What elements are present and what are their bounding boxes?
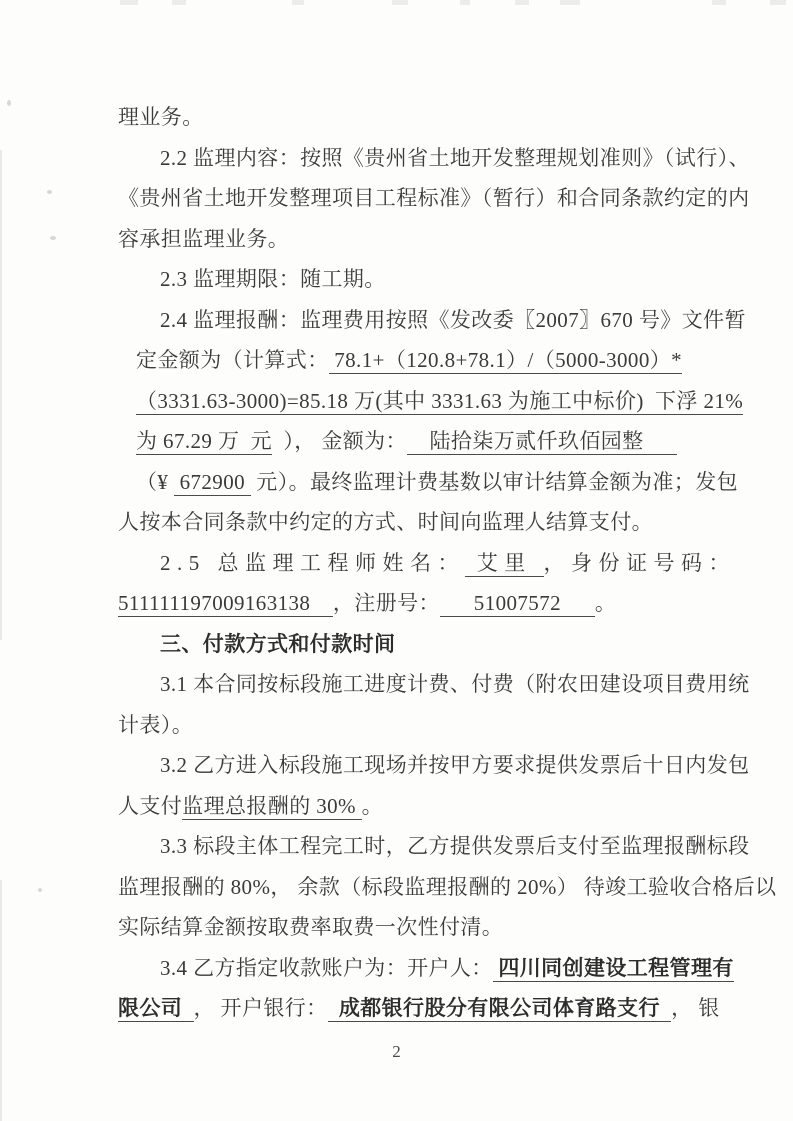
scan-speck	[47, 190, 52, 194]
filled-blank: 监理总报酬的 30%	[182, 794, 361, 820]
page-number: 2	[0, 1042, 793, 1062]
text-line: （¥ 672900 元）。最终监理计费基数以审计结算金额为准；发包	[118, 462, 698, 503]
text-line: 3.2 乙方进入标段施工现场并按甲方要求提供发票后十日内发包	[118, 745, 698, 786]
text-line: 三、付款方式和付款时间	[118, 624, 698, 665]
text-line: 《贵州省土地开发整理项目工程标准》（暂行）和合同条款约定的内	[118, 178, 698, 219]
text-segment: 定金额为（计算式：	[136, 348, 329, 372]
filled-blank: 51007572	[440, 591, 595, 617]
scan-artifact	[515, 0, 529, 5]
text-segment: 3.4 乙方指定收款账户为：开户人：	[160, 956, 493, 980]
text-segment: 监理报酬的 80%， 余款（标段监理报酬的 20%） 待竣工验收合格后以	[118, 875, 776, 899]
scan-artifact	[560, 0, 580, 5]
text-segment: 3.1 本合同按标段施工进度计费、付费（附农田建设项目费用统	[160, 672, 750, 696]
filled-blank: （3331.63-3000)=85.18 万(其中 3331.63 为施工中标价…	[136, 389, 743, 415]
scan-artifact	[120, 0, 138, 5]
scan-artifact	[172, 0, 186, 5]
text-line: 3.3 标段主体工程完工时，乙方提供发票后支付至监理报酬标段	[118, 826, 698, 867]
text-segment: ， 开户银行：	[194, 996, 328, 1020]
text-line: 定金额为（计算式： 78.1+（120.8+78.1）/（5000-3000）*	[118, 340, 698, 381]
text-segment: 《贵州省土地开发整理项目工程标准》（暂行）和合同条款约定的内	[118, 186, 750, 210]
text-segment: 2.2 监理内容：按照《贵州省土地开发整理规划准则》（试行）、	[160, 146, 750, 170]
text-line: 511111197009163138 ，注册号： 51007572 。	[118, 583, 698, 624]
text-segment: 计表）。	[118, 713, 193, 737]
filled-blank: 四川同创建设工程管理有	[493, 956, 734, 982]
text-segment: 。	[595, 591, 616, 615]
text-line: 限公司 ， 开户银行： 成都银行股分有限公司体育路支行 ， 银	[118, 988, 698, 1029]
text-line: 监理报酬的 80%， 余款（标段监理报酬的 20%） 待竣工验收合格后以	[118, 867, 698, 908]
text-line: 2.4 监理报酬：监理费用按照《发改委〖2007〗670 号》文件暂	[118, 300, 698, 341]
filled-blank: 78.1+（120.8+78.1）/（5000-3000）*	[329, 348, 682, 374]
filled-blank: 成都银行股分有限公司体育路支行	[328, 996, 672, 1022]
text-line: 理业务。	[118, 97, 698, 138]
filled-blank: 艾里	[465, 551, 544, 577]
text-line: 2.3 监理期限：随工期。	[118, 259, 698, 300]
text-line: （3331.63-3000)=85.18 万(其中 3331.63 为施工中标价…	[118, 381, 698, 422]
scan-artifact	[392, 0, 408, 5]
document-page: 理业务。2.2 监理内容：按照《贵州省土地开发整理规划准则》（试行）、《贵州省土…	[0, 0, 793, 1121]
text-segment: 3.3 标段主体工程完工时，乙方提供发票后支付至监理报酬标段	[160, 834, 750, 858]
scan-artifact	[0, 880, 2, 1121]
text-segment: ）， 金额为：	[272, 429, 407, 453]
text-line: 实际结算金额按取费率取费一次性付清。	[118, 907, 698, 948]
scan-artifact	[712, 0, 726, 5]
text-line: 人按本合同条款中约定的方式、时间向监理人结算支付。	[118, 502, 698, 543]
filled-blank: 672900	[174, 470, 251, 496]
text-segment: 理业务。	[118, 105, 204, 129]
text-segment: （¥	[136, 470, 174, 494]
scan-speck	[7, 100, 11, 106]
scan-artifact	[770, 0, 786, 5]
scan-artifact	[460, 0, 470, 5]
text-segment: 实际结算金额按取费率取费一次性付清。	[118, 915, 503, 939]
text-segment: 2.3 监理期限：随工期。	[160, 267, 386, 291]
filled-blank: 限公司	[118, 996, 194, 1022]
text-segment: ，身份证号码：	[544, 551, 737, 575]
text-line: 容承担监理业务。	[118, 219, 698, 260]
text-line: 计表）。	[118, 705, 698, 746]
text-line: 3.1 本合同按标段施工进度计费、付费（附农田建设项目费用统	[118, 664, 698, 705]
text-segment: 元）。最终监理计费基数以审计结算金额为准；发包	[251, 470, 738, 494]
text-line: 2.2 监理内容：按照《贵州省土地开发整理规划准则》（试行）、	[118, 138, 698, 179]
text-segment: 2.4 监理报酬：监理费用按照《发改委〖2007〗670 号》文件暂	[160, 308, 746, 332]
document-body: 理业务。2.2 监理内容：按照《贵州省土地开发整理规划准则》（试行）、《贵州省土…	[118, 97, 698, 1029]
filled-blank: 511111197009163138	[118, 591, 333, 617]
text-segment: 容承担监理业务。	[118, 227, 289, 251]
text-segment: 人支付	[118, 794, 182, 818]
text-line: 为 67.29 万 元 ）， 金额为： 陆拾柒万贰仟玖佰园整	[118, 421, 698, 462]
text-segment: 人按本合同条款中约定的方式、时间向监理人结算支付。	[118, 510, 653, 534]
scan-speck	[38, 888, 42, 892]
text-line: 3.4 乙方指定收款账户为：开户人： 四川同创建设工程管理有	[118, 948, 698, 989]
text-segment: ， 银	[671, 996, 719, 1020]
filled-blank: 陆拾柒万贰仟玖佰园整	[407, 429, 678, 455]
text-segment: ，注册号：	[333, 591, 440, 615]
scan-artifact	[0, 150, 2, 640]
text-segment: 。	[362, 794, 383, 818]
filled-blank: 为 67.29 万 元	[136, 429, 272, 455]
scan-speck	[50, 236, 56, 240]
text-segment: 2.5 总监理工程师姓名：	[160, 551, 465, 575]
text-line: 2.5 总监理工程师姓名： 艾里 ，身份证号码：	[118, 543, 698, 584]
text-segment: 三、付款方式和付款时间	[160, 632, 395, 656]
text-segment: 3.2 乙方进入标段施工现场并按甲方要求提供发票后十日内发包	[160, 753, 750, 777]
text-line: 人支付监理总报酬的 30% 。	[118, 786, 698, 827]
scan-artifact	[292, 0, 304, 5]
